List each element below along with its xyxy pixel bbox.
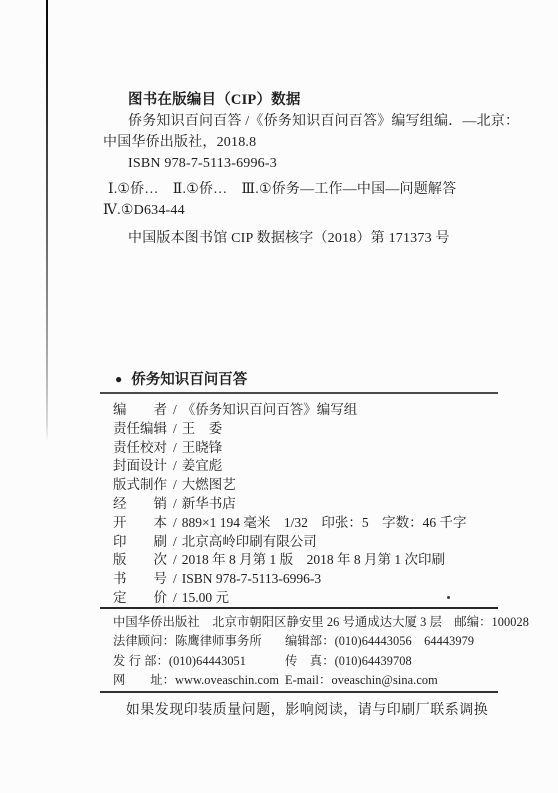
- publisher-contact-row: 网 址：www.oveaschin.com E-mail：oveaschin@s…: [113, 671, 513, 690]
- colophon-label: 责任校对: [113, 440, 167, 455]
- cip-block: 图书在版编目（CIP）数据 侨务知识百问百答 /《侨务知识百问百答》编写组编．—…: [103, 90, 505, 249]
- legal-counsel: 法律顾问：陈鹰律师事务所: [113, 632, 285, 651]
- colophon-value: 新华书店: [182, 496, 236, 511]
- colophon-row-editor: 编 者/《侨务知识百问百答》编写组: [113, 401, 505, 420]
- colophon-separator: /: [173, 534, 177, 549]
- colophon-separator: /: [173, 590, 177, 605]
- scan-gutter-shadow: [46, 0, 48, 442]
- publisher-contact-row: 发 行 部：(010)64443051 传 真：(010)64439708: [113, 652, 513, 671]
- colophon-row-isbn: 书 号/ISBN 978-7-5113-6996-3: [113, 570, 505, 589]
- cip-classification-line: Ⅳ.①D634-44: [103, 200, 505, 221]
- colophon-label: 定 价: [113, 590, 167, 605]
- colophon-row-responsible-editor: 责任编辑/王 委: [113, 420, 505, 439]
- colophon-separator: /: [173, 440, 177, 455]
- colophon-row-proofreader: 责任校对/王晓锋: [113, 439, 505, 458]
- colophon-label: 书 号: [113, 571, 167, 586]
- colophon-value: 2018 年 8 月第 1 版 2018 年 8 月第 1 次印刷: [182, 552, 445, 567]
- colophon-value: 北京高岭印刷有限公司: [182, 534, 317, 549]
- distribution-dept-phone: 发 行 部：(010)64443051: [113, 652, 285, 671]
- colophon-separator: /: [173, 421, 177, 436]
- colophon-row-layout: 版式制作/大燃图艺: [113, 476, 505, 495]
- colophon-label: 责任编辑: [113, 421, 167, 436]
- colophon-value: 《侨务知识百问百答》编写组: [182, 402, 358, 417]
- colophon-label: 印 刷: [113, 534, 167, 549]
- colophon-label: 版式制作: [113, 477, 167, 492]
- colophon-value: ISBN 978-7-5113-6996-3: [182, 571, 321, 586]
- cip-classification-line: Ⅰ.①侨… Ⅱ.①侨… Ⅲ.①侨务—工作—中国—问题解答: [103, 179, 505, 200]
- fax-number: 传 真：(010)64439708: [285, 652, 412, 671]
- cip-entry-line: 侨务知识百问百答 /《侨务知识百问百答》编写组编．—北京：: [103, 111, 505, 132]
- colophon-label: 编 者: [113, 402, 167, 417]
- colophon-value: 姜宜彪: [182, 458, 223, 473]
- colophon-row-printer: 印 刷/北京高岭印刷有限公司: [113, 533, 505, 552]
- email-address: E-mail：oveaschin@sina.com: [285, 671, 438, 690]
- colophon-row-price: 定 价/15.00 元: [113, 589, 505, 608]
- cip-registry-line: 中国版本图书馆 CIP 数据核字（2018）第 171373 号: [103, 228, 505, 249]
- colophon-separator: /: [173, 477, 177, 492]
- colophon-separator: /: [173, 402, 177, 417]
- scan-dot-artifact: [447, 596, 450, 599]
- colophon-separator: /: [173, 515, 177, 530]
- cip-isbn-line: ISBN 978-7-5113-6996-3: [103, 153, 505, 174]
- colophon-value: 15.00 元: [182, 590, 229, 605]
- publisher-contact-row: 法律顾问：陈鹰律师事务所 编辑部：(010)64443056 64443979: [113, 632, 513, 651]
- colophon-separator: /: [173, 552, 177, 567]
- cip-heading: 图书在版编目（CIP）数据: [103, 90, 505, 111]
- colophon-separator: /: [173, 571, 177, 586]
- publisher-block: 中国华侨出版社 北京市朝阳区静安里 26 号通成达大厦 3 层 邮编：10002…: [113, 613, 513, 690]
- colophon-value: 大燃图艺: [182, 477, 236, 492]
- colophon-row-distributor: 经 销/新华书店: [113, 495, 505, 514]
- colophon-value: 889×1 194 毫米 1/32 印张：5 字数：46 千字: [182, 515, 467, 530]
- colophon-row-cover-design: 封面设计/姜宜彪: [113, 457, 505, 476]
- book-title: 侨务知识百问百答: [131, 372, 247, 388]
- publisher-address-line: 中国华侨出版社 北京市朝阳区静安里 26 号通成达大厦 3 层 邮编：10002…: [113, 613, 513, 632]
- publisher-rule: [100, 607, 498, 609]
- colophon-title-row: ●侨务知识百问百答: [100, 370, 498, 390]
- colophon-separator: /: [173, 496, 177, 511]
- colophon-block: 编 者/《侨务知识百问百答》编写组 责任编辑/王 委 责任校对/王晓锋 封面设计…: [113, 401, 505, 608]
- colophon-label: 封面设计: [113, 458, 167, 473]
- cip-entry-line: 中国华侨出版社，2018.8: [103, 132, 505, 153]
- colophon-label: 版 次: [113, 552, 167, 567]
- colophon-value: 王晓锋: [182, 440, 223, 455]
- colophon-label: 开 本: [113, 515, 167, 530]
- bullet-icon: ●: [115, 372, 122, 386]
- title-rule: [100, 392, 498, 394]
- editorial-dept-phone: 编辑部：(010)64443056 64443979: [285, 632, 474, 651]
- website-url: 网 址：www.oveaschin.com: [113, 671, 285, 690]
- print-quality-notice: 如果发现印装质量问题，影响阅读，请与印刷厂联系调换: [100, 699, 502, 719]
- colophon-value: 王 委: [182, 421, 223, 436]
- colophon-row-format: 开 本/889×1 194 毫米 1/32 印张：5 字数：46 千字: [113, 514, 505, 533]
- notice-rule: [100, 691, 498, 693]
- colophon-row-edition: 版 次/2018 年 8 月第 1 版 2018 年 8 月第 1 次印刷: [113, 551, 505, 570]
- colophon-label: 经 销: [113, 496, 167, 511]
- colophon-separator: /: [173, 458, 177, 473]
- book-copyright-page: 图书在版编目（CIP）数据 侨务知识百问百答 /《侨务知识百问百答》编写组编．—…: [0, 0, 558, 793]
